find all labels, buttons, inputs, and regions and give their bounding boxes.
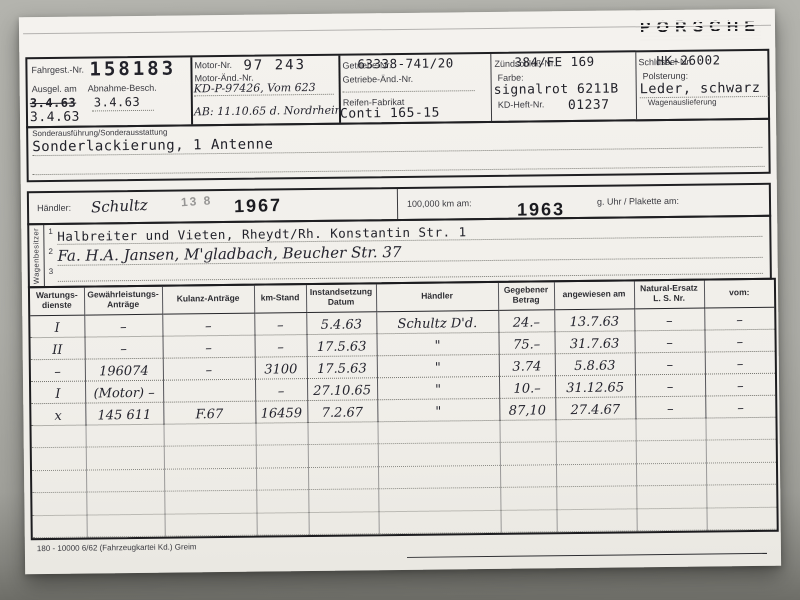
cell: – [635, 396, 705, 419]
cell: 13.7.63 [554, 308, 634, 331]
cell: " [376, 332, 498, 355]
empty-cell [378, 442, 500, 466]
cell: – [705, 395, 775, 418]
empty-cell [31, 425, 85, 448]
empty-cell [32, 447, 86, 470]
cell: 27.10.65 [307, 377, 377, 400]
key-number-value: HK-26002 [656, 52, 720, 68]
engine-number-label: Motor-Nr. [194, 61, 232, 71]
cell: – [704, 329, 774, 352]
cell [163, 379, 255, 402]
cell: 31.12.65 [555, 374, 635, 397]
empty-cell [556, 463, 636, 486]
service-table-frame: Wartungs-dienste Gewährleistungs-Anträge… [28, 278, 779, 540]
cell: – [635, 352, 705, 375]
col-header-replacement-ls-nr: Natural-Ersatz L. S. Nr. [634, 281, 704, 309]
empty-cell [255, 422, 307, 445]
empty-cell [165, 513, 257, 537]
service-table: Wartungs-dienste Gewährleistungs-Anträge… [30, 280, 777, 538]
empty-cell [308, 466, 378, 489]
empty-cell [256, 467, 308, 490]
cell: 196074 [85, 358, 163, 381]
cell: – [705, 351, 775, 374]
special-equipment-blank-line [33, 158, 765, 175]
dealer-name-handwritten: Schultz [91, 196, 149, 217]
cell: 24.– [498, 309, 554, 332]
empty-cell [86, 491, 164, 514]
cell: 5.4.63 [306, 311, 376, 334]
empty-cell [86, 469, 164, 492]
chassis-number-label: Fahrgest.-Nr. [31, 66, 84, 76]
cell: Schultz D'd. [376, 310, 498, 333]
gearbox-number-value: 63338-741/20 [357, 55, 453, 71]
empty-cell [256, 512, 308, 535]
header-box: Fahrgest.-Nr. 158183 Ausgel. am Abnahme-… [25, 49, 770, 128]
cell: x [31, 403, 85, 426]
divider [397, 189, 398, 219]
vehicle-delivery-label: Wagenauslieferung [648, 98, 717, 108]
empty-cell [706, 439, 776, 462]
cell: – [163, 357, 255, 380]
empty-cell [377, 420, 499, 444]
col-header-from: vom: [704, 280, 774, 308]
cell: 3.74 [499, 353, 555, 376]
empty-cell [85, 424, 163, 447]
empty-cell [164, 445, 256, 469]
logo-stripes-overlay [640, 18, 761, 41]
issued-date-value: 3.4.63 [30, 110, 80, 126]
issued-date-label: Ausgel. am [32, 85, 77, 95]
owner-row2-number: 2 [48, 248, 53, 257]
cell: " [377, 354, 499, 377]
empty-cell [307, 421, 377, 444]
engine-note-handwritten: AB: 11.10.65 d. Nordrhein [194, 104, 342, 119]
empty-cell [164, 490, 256, 514]
porsche-logo: PORSCHE [640, 18, 761, 41]
owner-row1-number: 1 [48, 228, 53, 237]
upholstery-value: Leder, schwarz [640, 80, 769, 98]
cell: 3100 [255, 356, 307, 379]
cell: – [255, 378, 307, 401]
empty-cell [163, 423, 255, 447]
empty-cell [32, 492, 86, 515]
cell: 10.– [499, 375, 555, 398]
cell: – [634, 330, 704, 353]
empty-cell [308, 444, 378, 467]
empty-cell [636, 463, 706, 486]
empty-cell [636, 485, 706, 508]
empty-cell [636, 508, 706, 531]
empty-cell [378, 465, 500, 489]
cell: – [84, 314, 162, 337]
cell: – [254, 312, 306, 335]
empty-cell [499, 419, 555, 442]
empty-cell [87, 514, 165, 537]
empty-cell [556, 486, 636, 509]
empty-cell [500, 464, 556, 487]
empty-cell [556, 441, 636, 464]
cell: – [635, 374, 705, 397]
form-imprint: 180 - 10000 6/62 (Fahrzeugkartei Kd.) Gr… [37, 543, 197, 554]
empty-cell [308, 489, 378, 512]
empty-cell [164, 468, 256, 492]
empty-cell [500, 509, 556, 532]
divider [43, 225, 45, 286]
cell: 17.5.63 [306, 333, 376, 356]
cell: 87,10 [499, 397, 555, 420]
cell: " [377, 398, 499, 421]
cell: 5.8.63 [555, 352, 635, 375]
empty-cell [33, 515, 87, 538]
empty-cell [636, 440, 706, 463]
empty-cell [500, 487, 556, 510]
col-header-odometer: km-Stand [254, 285, 306, 313]
cell: 7.2.67 [307, 399, 377, 422]
col-header-warranty-claims: Gewährleistungs-Anträge [84, 287, 162, 315]
acceptance-cert-value: 3.4.63 [92, 95, 155, 112]
empty-cell [705, 417, 775, 440]
service-table-body: I–––5.4.63Schultz D'd.24.–13.7.63–– II––… [30, 307, 776, 538]
engine-mod-number-value: KD-P-97426, Vom 623 [194, 81, 334, 97]
color-value: signalrot 6211B [494, 82, 619, 98]
empty-cell [556, 508, 636, 531]
empty-cell [378, 510, 500, 534]
empty-cell [706, 484, 776, 507]
cell: I [30, 315, 84, 338]
col-header-maintenance: Wartungs-dienste [30, 288, 84, 316]
cell: – [704, 307, 774, 330]
empty-cell [86, 446, 164, 469]
empty-cell [256, 490, 308, 513]
divider [490, 54, 492, 121]
cell: I [31, 381, 85, 404]
cell: 75.– [498, 331, 554, 354]
cell: – [254, 334, 306, 357]
service-booklet-number-label: KD-Heft-Nr. [498, 100, 545, 110]
empty-cell [256, 445, 308, 468]
cell: 16459 [255, 400, 307, 423]
engine-number-value: 97 243 [243, 57, 306, 74]
cell: – [31, 359, 85, 382]
year-stamp-1967: 1967 [234, 195, 283, 217]
cell: 27.4.67 [555, 396, 635, 419]
col-header-amount-given: Gegebener Betrag [498, 282, 554, 310]
owner-row3-number: 3 [49, 268, 54, 277]
clock-badge-label: g. Uhr / Plakette am: [597, 197, 679, 208]
ignition-lock-number-value: 384/FE 169 [514, 54, 594, 70]
owner-box: Wagenbesitzer 1 Halbreiter und Vieten, R… [27, 215, 772, 288]
col-header-goodwill-claims: Kulanz-Anträge [162, 286, 254, 314]
special-equipment-box: Sonderausführung/Sonderausstattung Sonde… [26, 118, 771, 182]
cell: – [162, 313, 254, 336]
empty-cell [32, 470, 86, 493]
footer-signature-line [407, 553, 767, 558]
empty-cell [308, 511, 378, 534]
cell: 145 611 [85, 402, 163, 425]
acceptance-cert-label: Abnahme-Besch. [88, 84, 157, 95]
divider [190, 57, 193, 124]
cell: – [84, 336, 162, 359]
date-stamp-faint: 13 8 [181, 193, 213, 209]
empty-cell [378, 487, 500, 511]
dealer-label: Händler: [37, 204, 71, 214]
cell: F.67 [163, 401, 255, 424]
cell: – [705, 373, 775, 396]
service-booklet-number-value: 01237 [568, 98, 610, 113]
col-header-instructed-on: angewiesen am [554, 281, 634, 309]
cell: – [634, 308, 704, 331]
empty-cell [500, 442, 556, 465]
col-header-dealer: Händler [376, 283, 498, 311]
cell: – [162, 335, 254, 358]
empty-cell [706, 507, 776, 530]
chassis-number-value: 158183 [89, 58, 176, 81]
issued-date-crossed-out: 3.4.63 [30, 96, 77, 111]
cell: " [377, 376, 499, 399]
record-card: PORSCHE Fahrgest.-Nr. 158183 Ausgel. am … [19, 9, 781, 575]
col-header-repair-date: Instandsetzung Datum [306, 284, 376, 312]
empty-cell [555, 418, 635, 441]
cell: 17.5.63 [307, 355, 377, 378]
km-100000-label: 100,000 km am: [407, 199, 472, 210]
tire-brand-value: Conti 165-15 [340, 106, 440, 122]
empty-cell [635, 418, 705, 441]
divider [635, 52, 637, 119]
gearbox-mod-number-blank [343, 82, 475, 92]
cell: 31.7.63 [554, 330, 634, 353]
cell: II [30, 337, 84, 360]
empty-cell [706, 462, 776, 485]
owner-side-label: Wagenbesitzer [31, 228, 41, 284]
cell: (Motor) – [85, 380, 163, 403]
